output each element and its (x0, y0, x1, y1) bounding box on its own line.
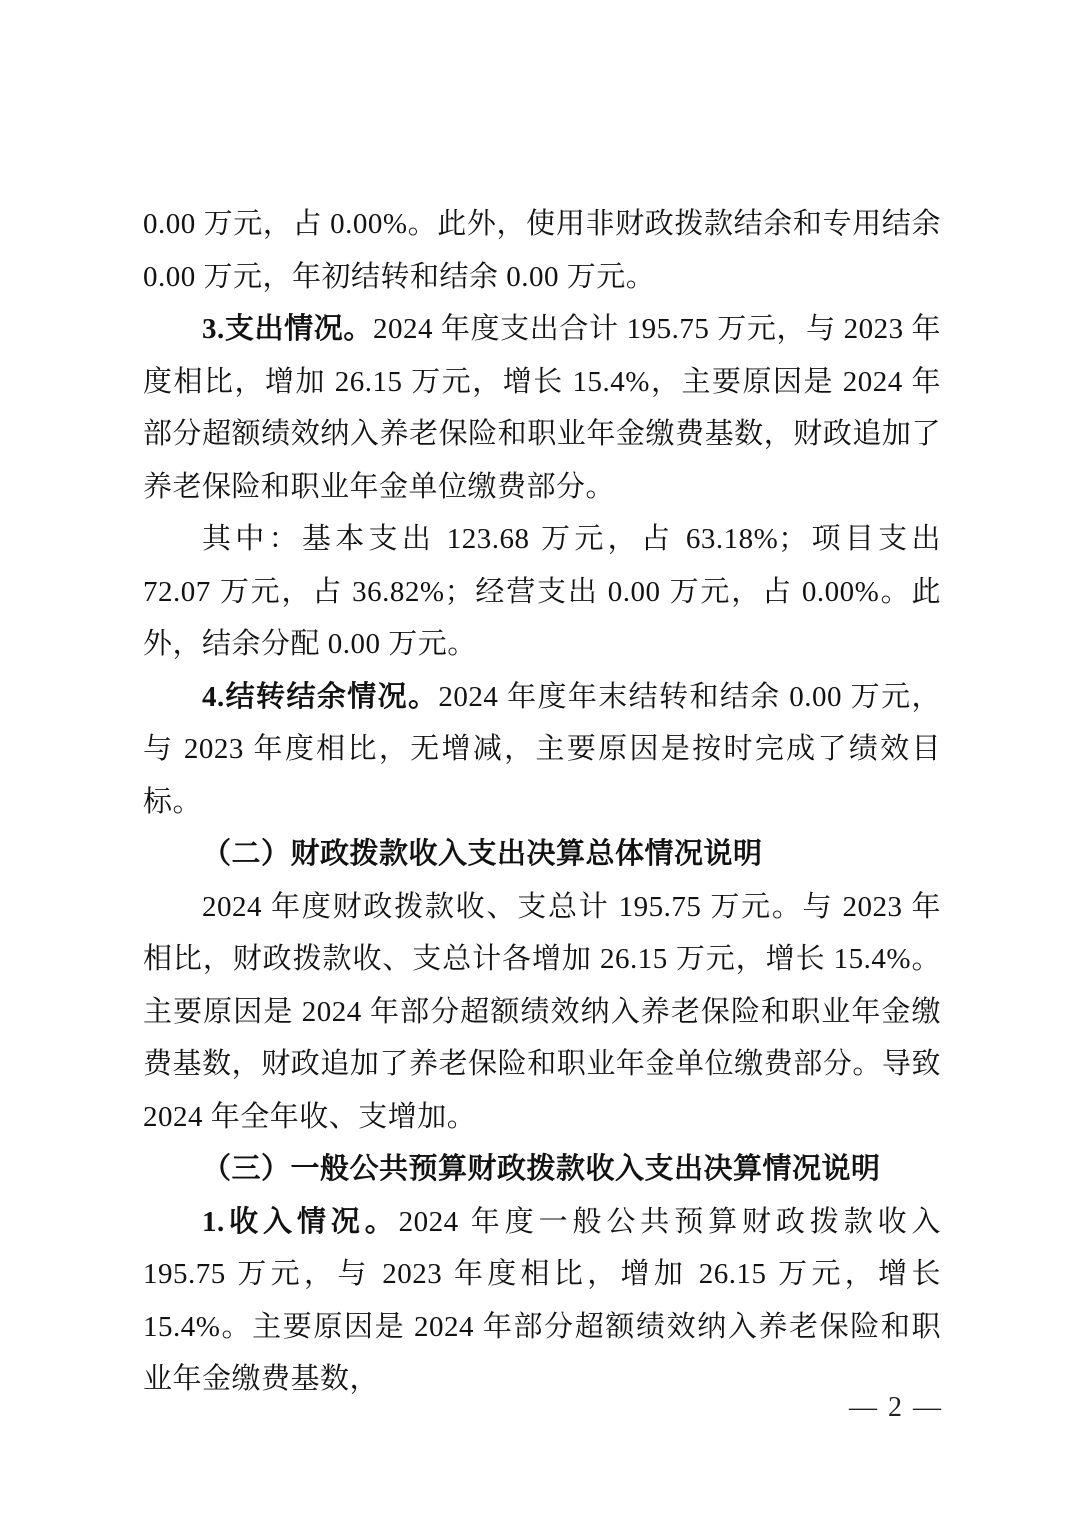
paragraph-fiscal-appropriation-total: 2024 年度财政拨款收、支总计 195.75 万元。与 2023 年相比，财政… (143, 881, 941, 1144)
paragraph-lead: 4.结转结余情况。 (202, 681, 438, 713)
heading-section-two: （二）财政拨款收入支出决算总体情况说明 (143, 828, 941, 881)
heading-text: （二）财政拨款收入支出决算总体情况说明 (202, 838, 763, 870)
heading-section-three: （三）一般公共预算财政拨款收入支出决算情况说明 (143, 1143, 941, 1196)
paragraph-text: 2024 年度财政拨款收、支总计 195.75 万元。与 2023 年相比，财政… (143, 891, 941, 1133)
paragraph-text: 其中：基本支出 123.68 万元，占 63.18%；项目支出 72.07 万元… (143, 523, 941, 660)
page-number: — 2 — (849, 1392, 943, 1424)
paragraph-carryover-balance: 4.结转结余情况。2024 年度年末结转和结余 0.00 万元，与 2023 年… (143, 671, 941, 829)
paragraph-text: 0.00 万元，占 0.00%。此外，使用非财政拨款结余和专用结余 0.00 万… (143, 208, 941, 293)
heading-text: （三）一般公共预算财政拨款收入支出决算情况说明 (202, 1153, 881, 1185)
paragraph-carryover-continuation: 0.00 万元，占 0.00%。此外，使用非财政拨款结余和专用结余 0.00 万… (143, 198, 941, 303)
document-text-block: 0.00 万元，占 0.00%。此外，使用非财政拨款结余和专用结余 0.00 万… (143, 198, 941, 1406)
paragraph-income-overview: 1.收入情况。2024 年度一般公共预算财政拨款收入 195.75 万元，与 2… (143, 1196, 941, 1406)
paragraph-expenditure-overview: 3.支出情况。2024 年度支出合计 195.75 万元，与 2023 年度相比… (143, 303, 941, 513)
document-page: 0.00 万元，占 0.00%。此外，使用非财政拨款结余和专用结余 0.00 万… (0, 0, 1074, 1520)
paragraph-expenditure-breakdown: 其中：基本支出 123.68 万元，占 63.18%；项目支出 72.07 万元… (143, 513, 941, 671)
paragraph-lead: 1.收入情况。 (202, 1206, 399, 1238)
paragraph-lead: 3.支出情况。 (202, 313, 373, 345)
